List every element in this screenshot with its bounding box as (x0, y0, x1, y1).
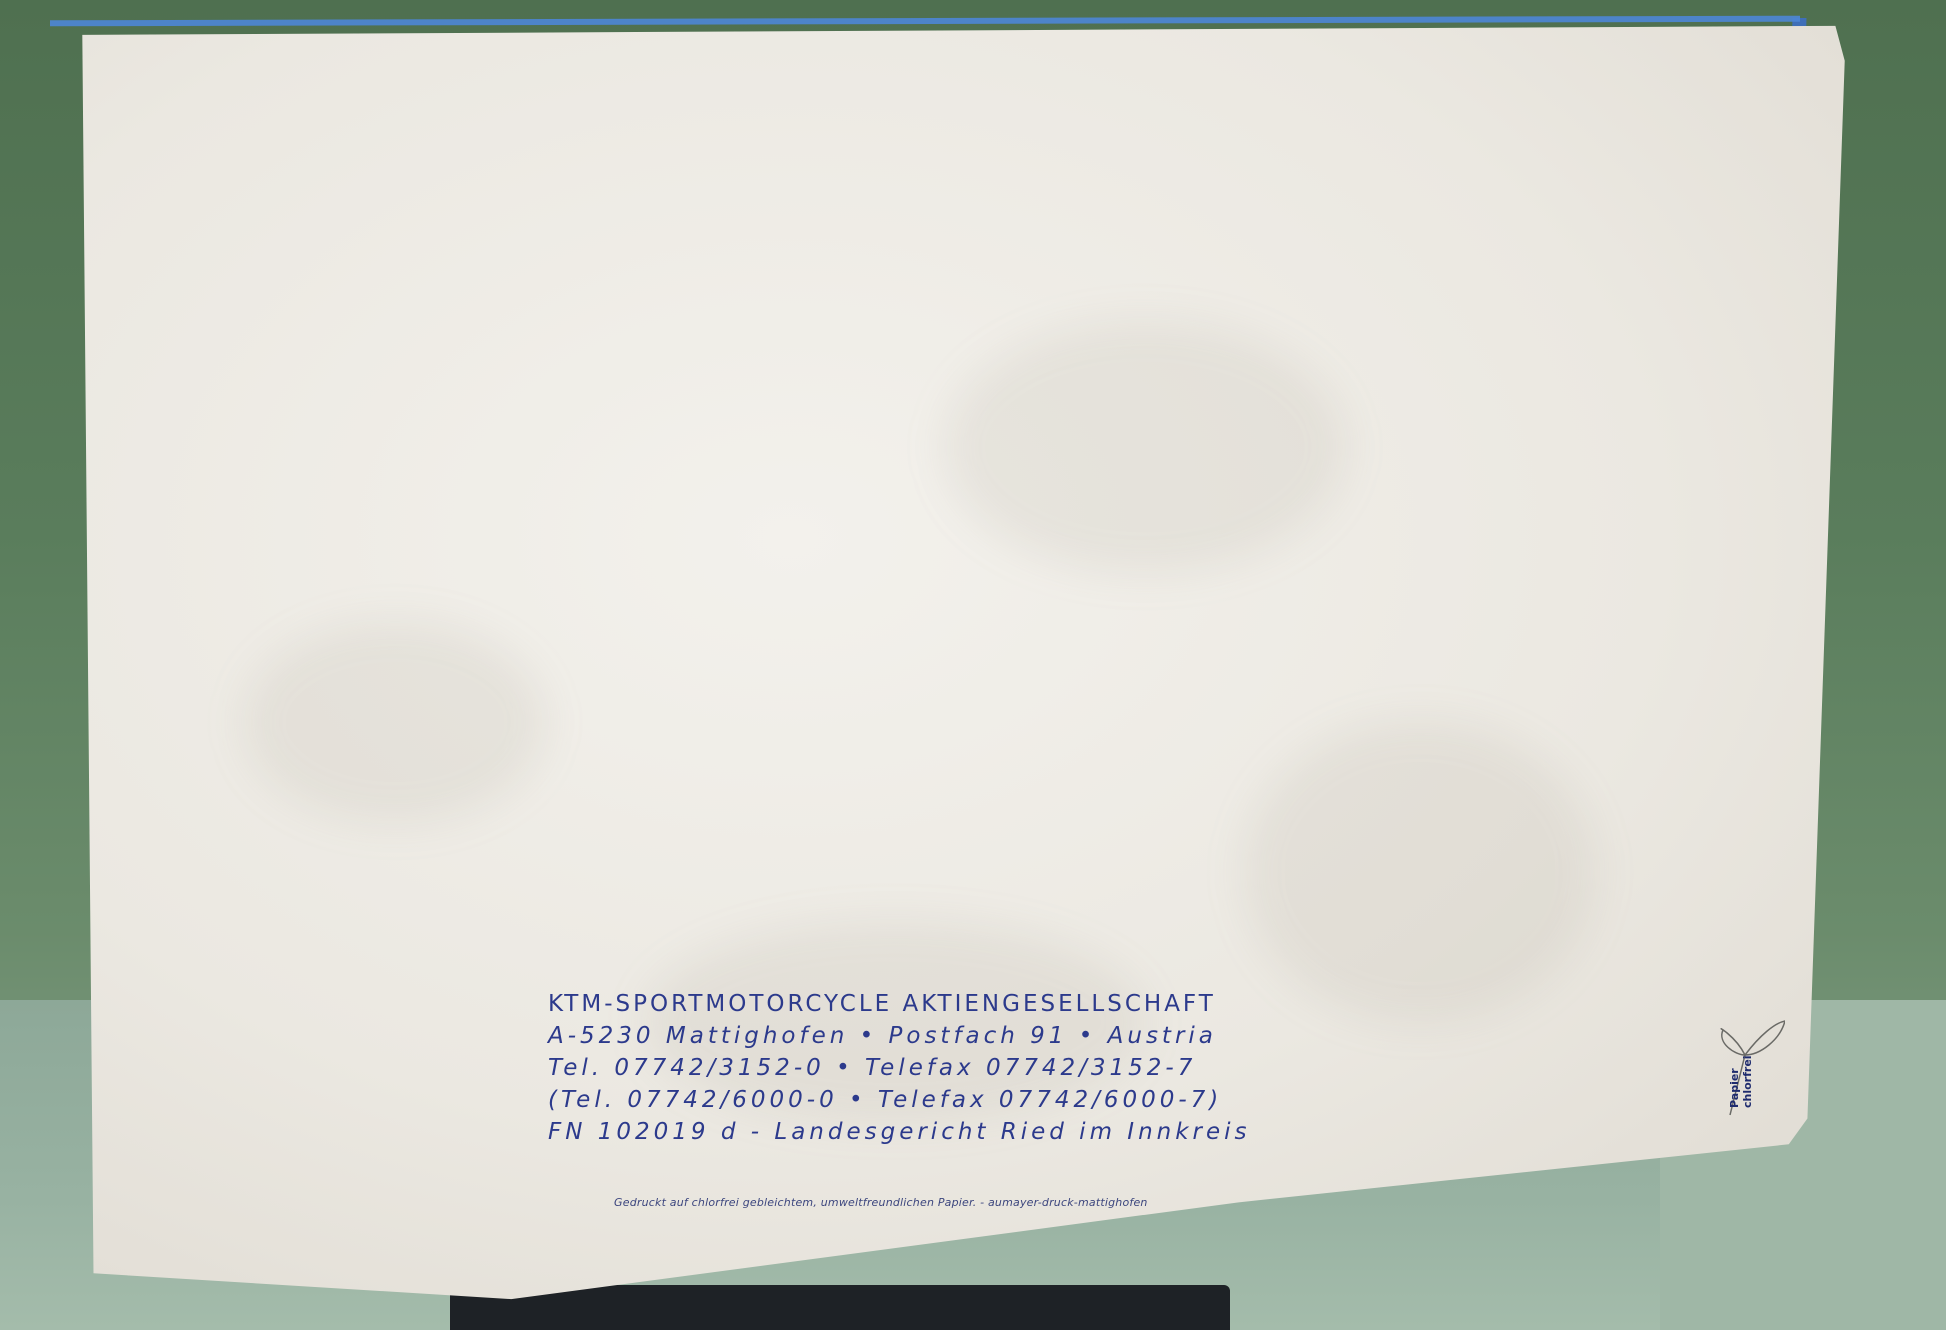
brochure-top-edge (50, 16, 1800, 27)
company-name: KTM-SPORTMOTORCYCLE AKTIENGESELLSCHAFT (548, 988, 1251, 1020)
postal-address: A-5230 Mattighofen • Postfach 91 • Austr… (548, 1020, 1251, 1052)
company-imprint: KTM-SPORTMOTORCYCLE AKTIENGESELLSCHAFT A… (548, 988, 1251, 1148)
stain (1245, 722, 1595, 1022)
eco-badge-label: Papier chlorfrei (1728, 1055, 1754, 1108)
eco-badge-line1: Papier (1728, 1055, 1741, 1108)
dark-object-under-brochure (450, 1285, 1230, 1330)
eco-badge-line2: chlorfrei (1741, 1055, 1754, 1108)
printer-note: Gedruckt auf chlorfrei gebleichtem, umwe… (614, 1196, 1148, 1209)
phone-fax: Tel. 07742/3152-0 • Telefax 07742/3152-7 (548, 1052, 1251, 1084)
phone-fax-alt: (Tel. 07742/6000-0 • Telefax 07742/6000-… (548, 1084, 1251, 1116)
registry-info: FN 102019 d - Landesgericht Ried im Innk… (548, 1116, 1251, 1148)
stain (245, 622, 545, 822)
stain (945, 322, 1345, 572)
